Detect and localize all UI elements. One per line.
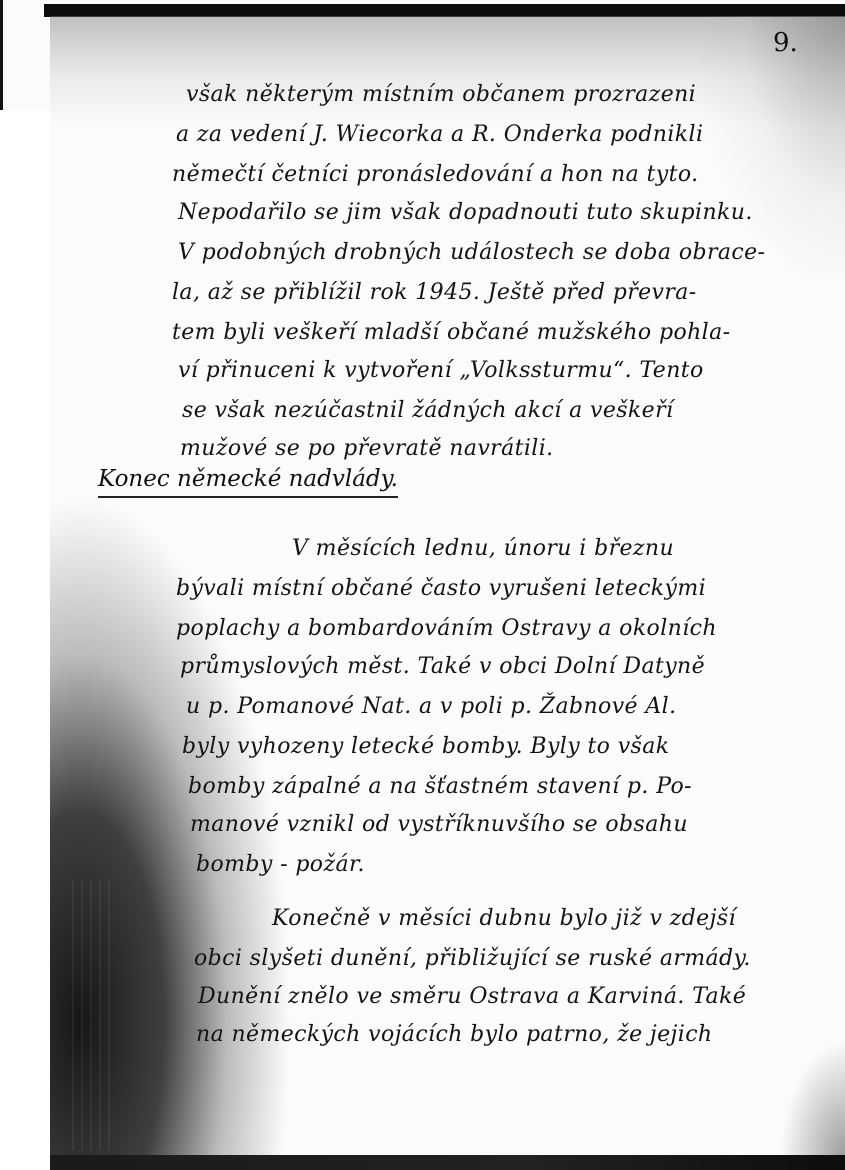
text-line: mužové se po převratě navrátili. <box>180 436 554 461</box>
page-number: 9. <box>773 28 798 58</box>
text-line: V měsících lednu, únoru i březnu <box>292 536 674 561</box>
text-line: Nepodařilo se jim však dopadnouti tuto s… <box>178 200 753 225</box>
section-heading: Konec německé nadvlády. <box>98 466 398 498</box>
text-line: la, až se přiblížil rok 1945. Ještě před… <box>172 280 697 305</box>
text-line: průmyslových měst. Také v obci Dolní Dat… <box>180 654 705 679</box>
text-line: byly vyhozeny letecké bomby. Byly to vša… <box>182 734 670 759</box>
text-line: němečtí četníci pronásledování a hon na … <box>172 162 698 187</box>
text-line: poplachy a bombardováním Ostravy a okoln… <box>176 616 717 641</box>
text-line: se však nezúčastnil žádných akcí a veške… <box>182 398 673 423</box>
text-line: tem byli veškeří mladší občané mužského … <box>172 320 730 345</box>
text-line: však některým místním občanem prozrazeni <box>186 82 696 107</box>
text-line: a za vedení J. Wiecorka a R. Onderka pod… <box>176 122 703 147</box>
binding-texture <box>72 880 112 1150</box>
text-line: Konečně v měsíci dubnu bylo již v zdejší <box>272 906 736 931</box>
scan-corner-shadow-bottom <box>780 1040 845 1160</box>
text-line: u p. Pomanové Nat. a v poli p. Žabnové A… <box>186 694 676 719</box>
scanned-page: 9. však některým místním občanem prozraz… <box>0 0 845 1170</box>
text-line: V podobných drobných událostech se doba … <box>178 240 765 265</box>
text-line: manové vznikl od vystříknuvšího se obsah… <box>190 812 688 837</box>
text-line: bomby - požár. <box>196 852 365 877</box>
text-line: bývali místní občané často vyrušeni lete… <box>176 576 706 601</box>
scan-bottom-edge <box>50 1155 845 1170</box>
text-line: ví přinuceni k vytvoření „Volkssturmu“. … <box>178 358 704 383</box>
text-line: na německých vojácích bylo patrno, že je… <box>196 1022 713 1047</box>
scan-left-edge <box>0 0 3 110</box>
scan-margin <box>0 110 50 1170</box>
text-line: bomby zápalné a na šťastném stavení p. P… <box>188 774 692 799</box>
text-line: Dunění znělo ve směru Ostrava a Karviná.… <box>198 984 746 1009</box>
text-line: obci slyšeti dunění, přibližující se rus… <box>194 946 751 971</box>
